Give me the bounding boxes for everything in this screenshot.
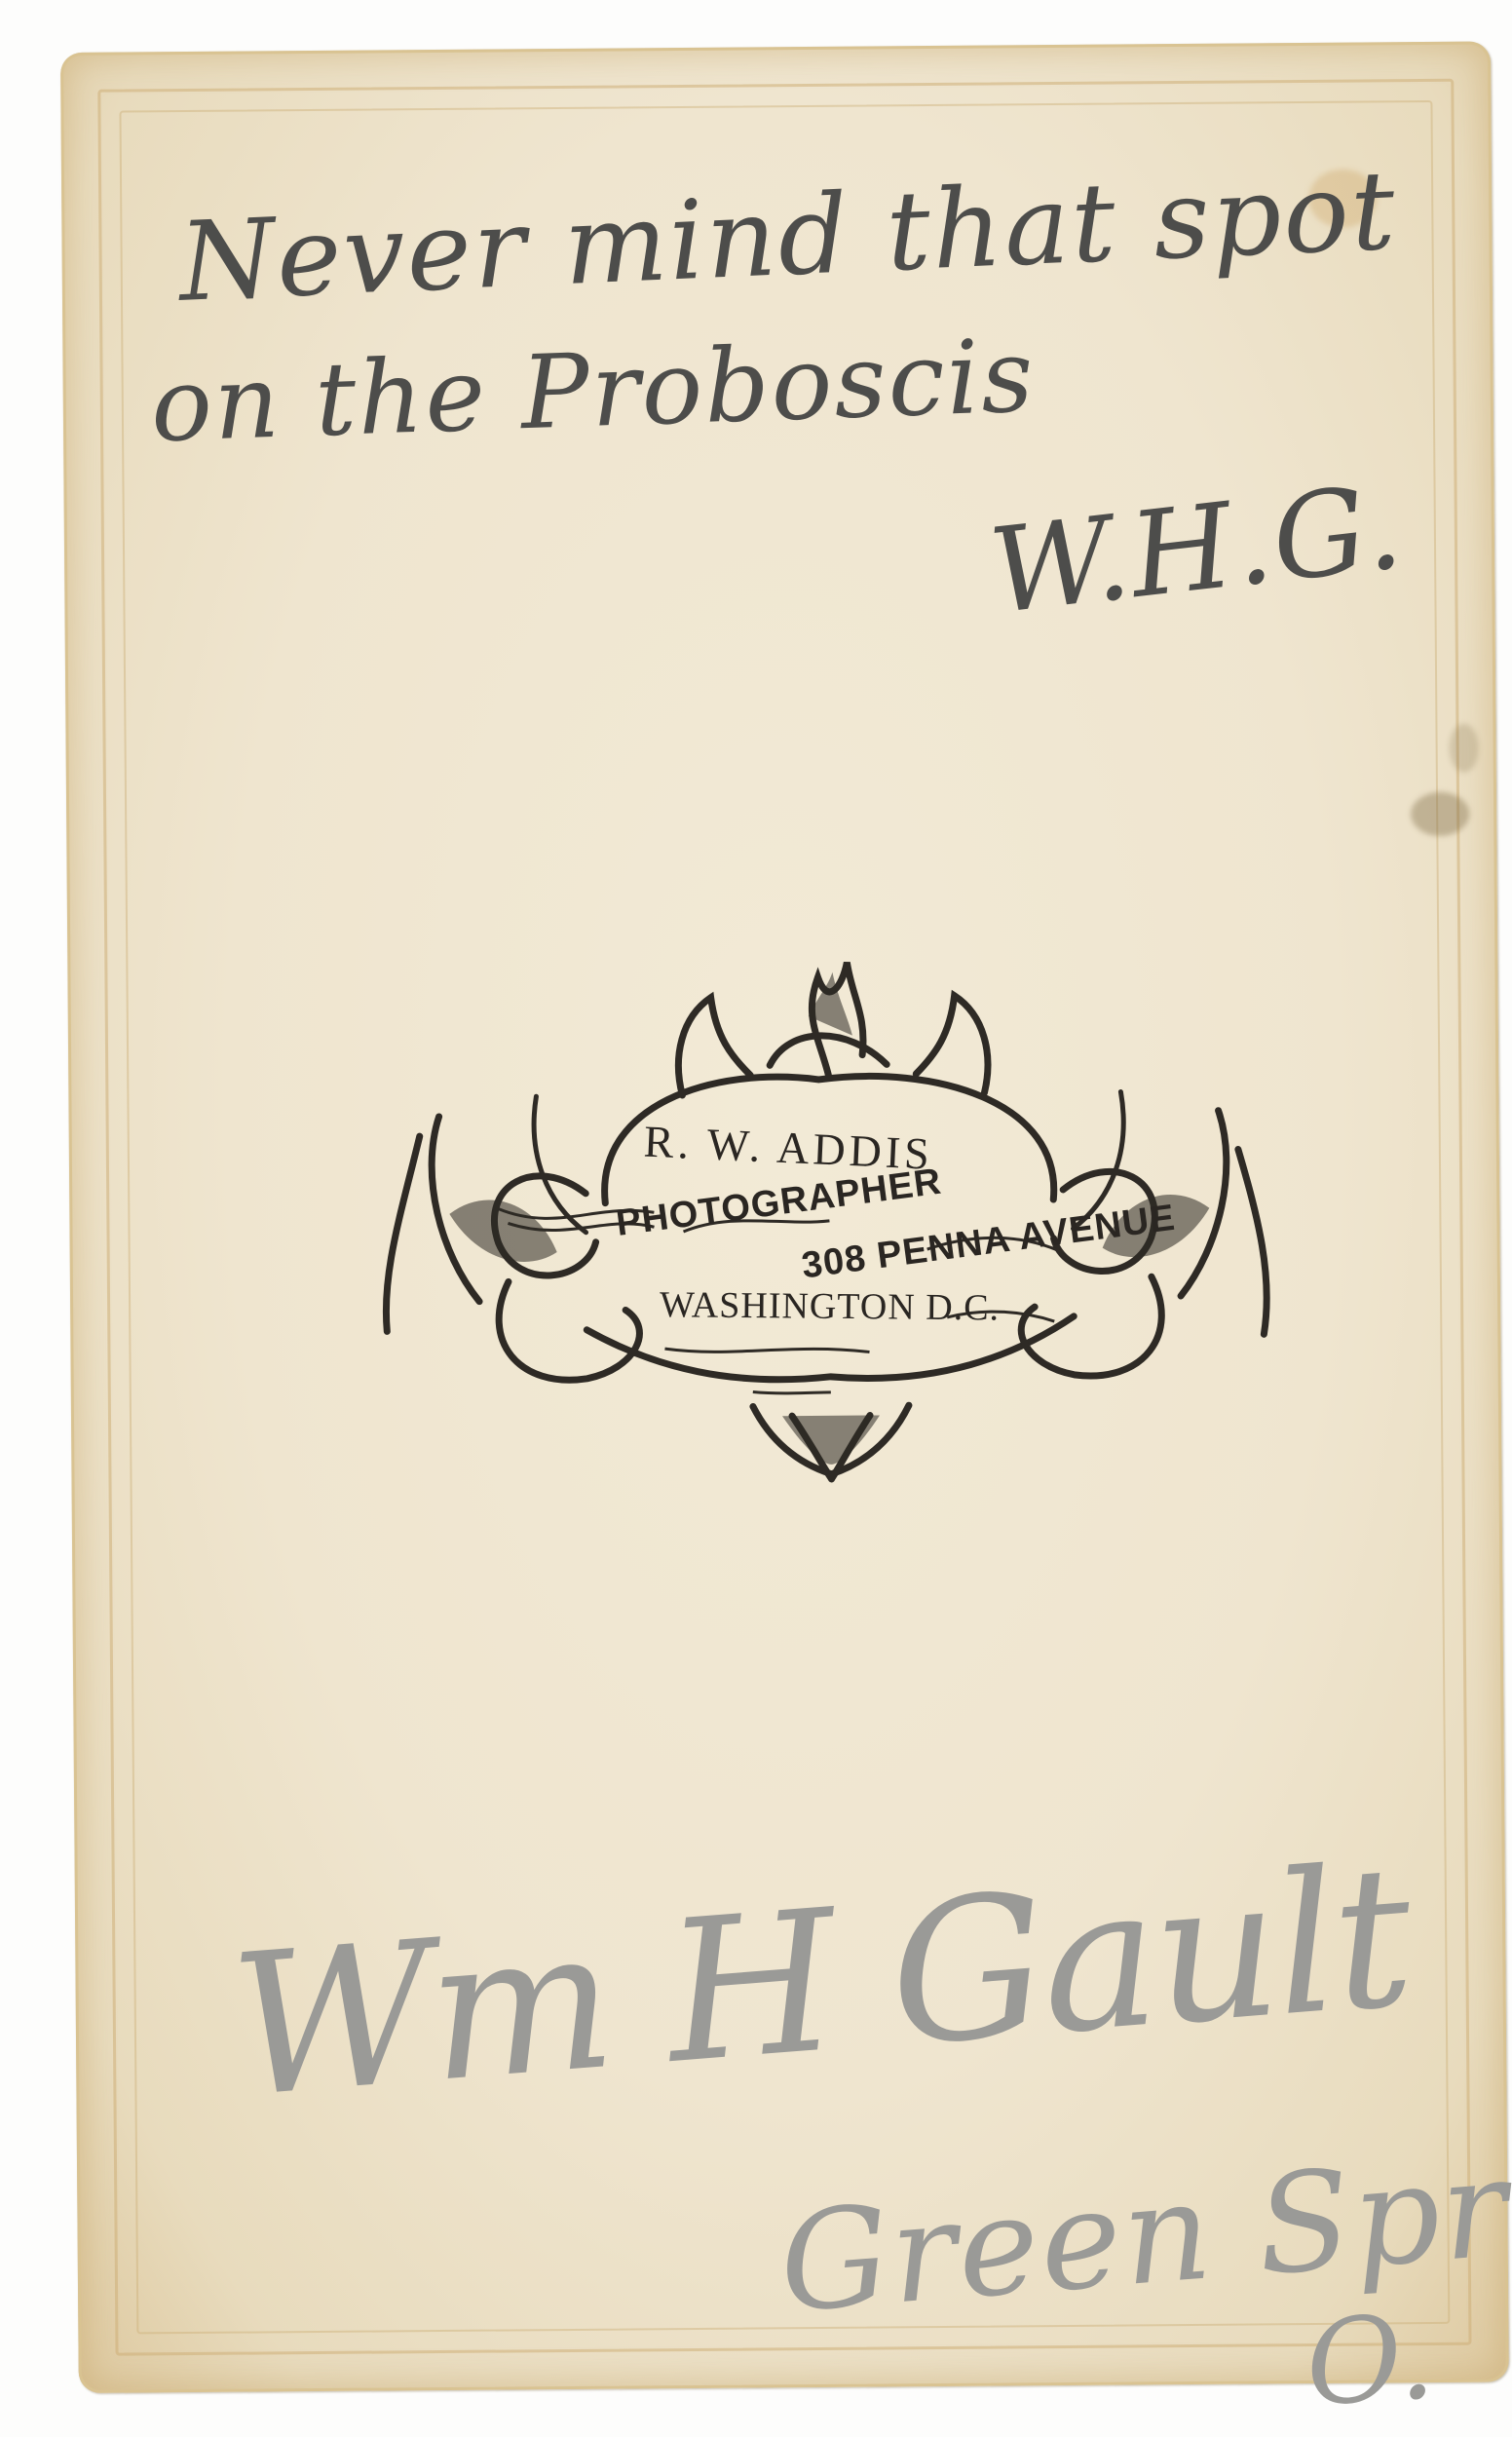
stain (1449, 724, 1478, 773)
stain (1411, 792, 1469, 836)
signature-state: O. (1303, 2290, 1441, 2433)
studio-city: WASHINGTON D.C. (660, 1283, 1000, 1329)
photographer-stamp: R. W. ADDIS PHOTOGRAPHER 308 PENNA AVENU… (359, 954, 1299, 1488)
photo-card-back: Never mind that spot on the Proboscis W.… (60, 41, 1509, 2392)
